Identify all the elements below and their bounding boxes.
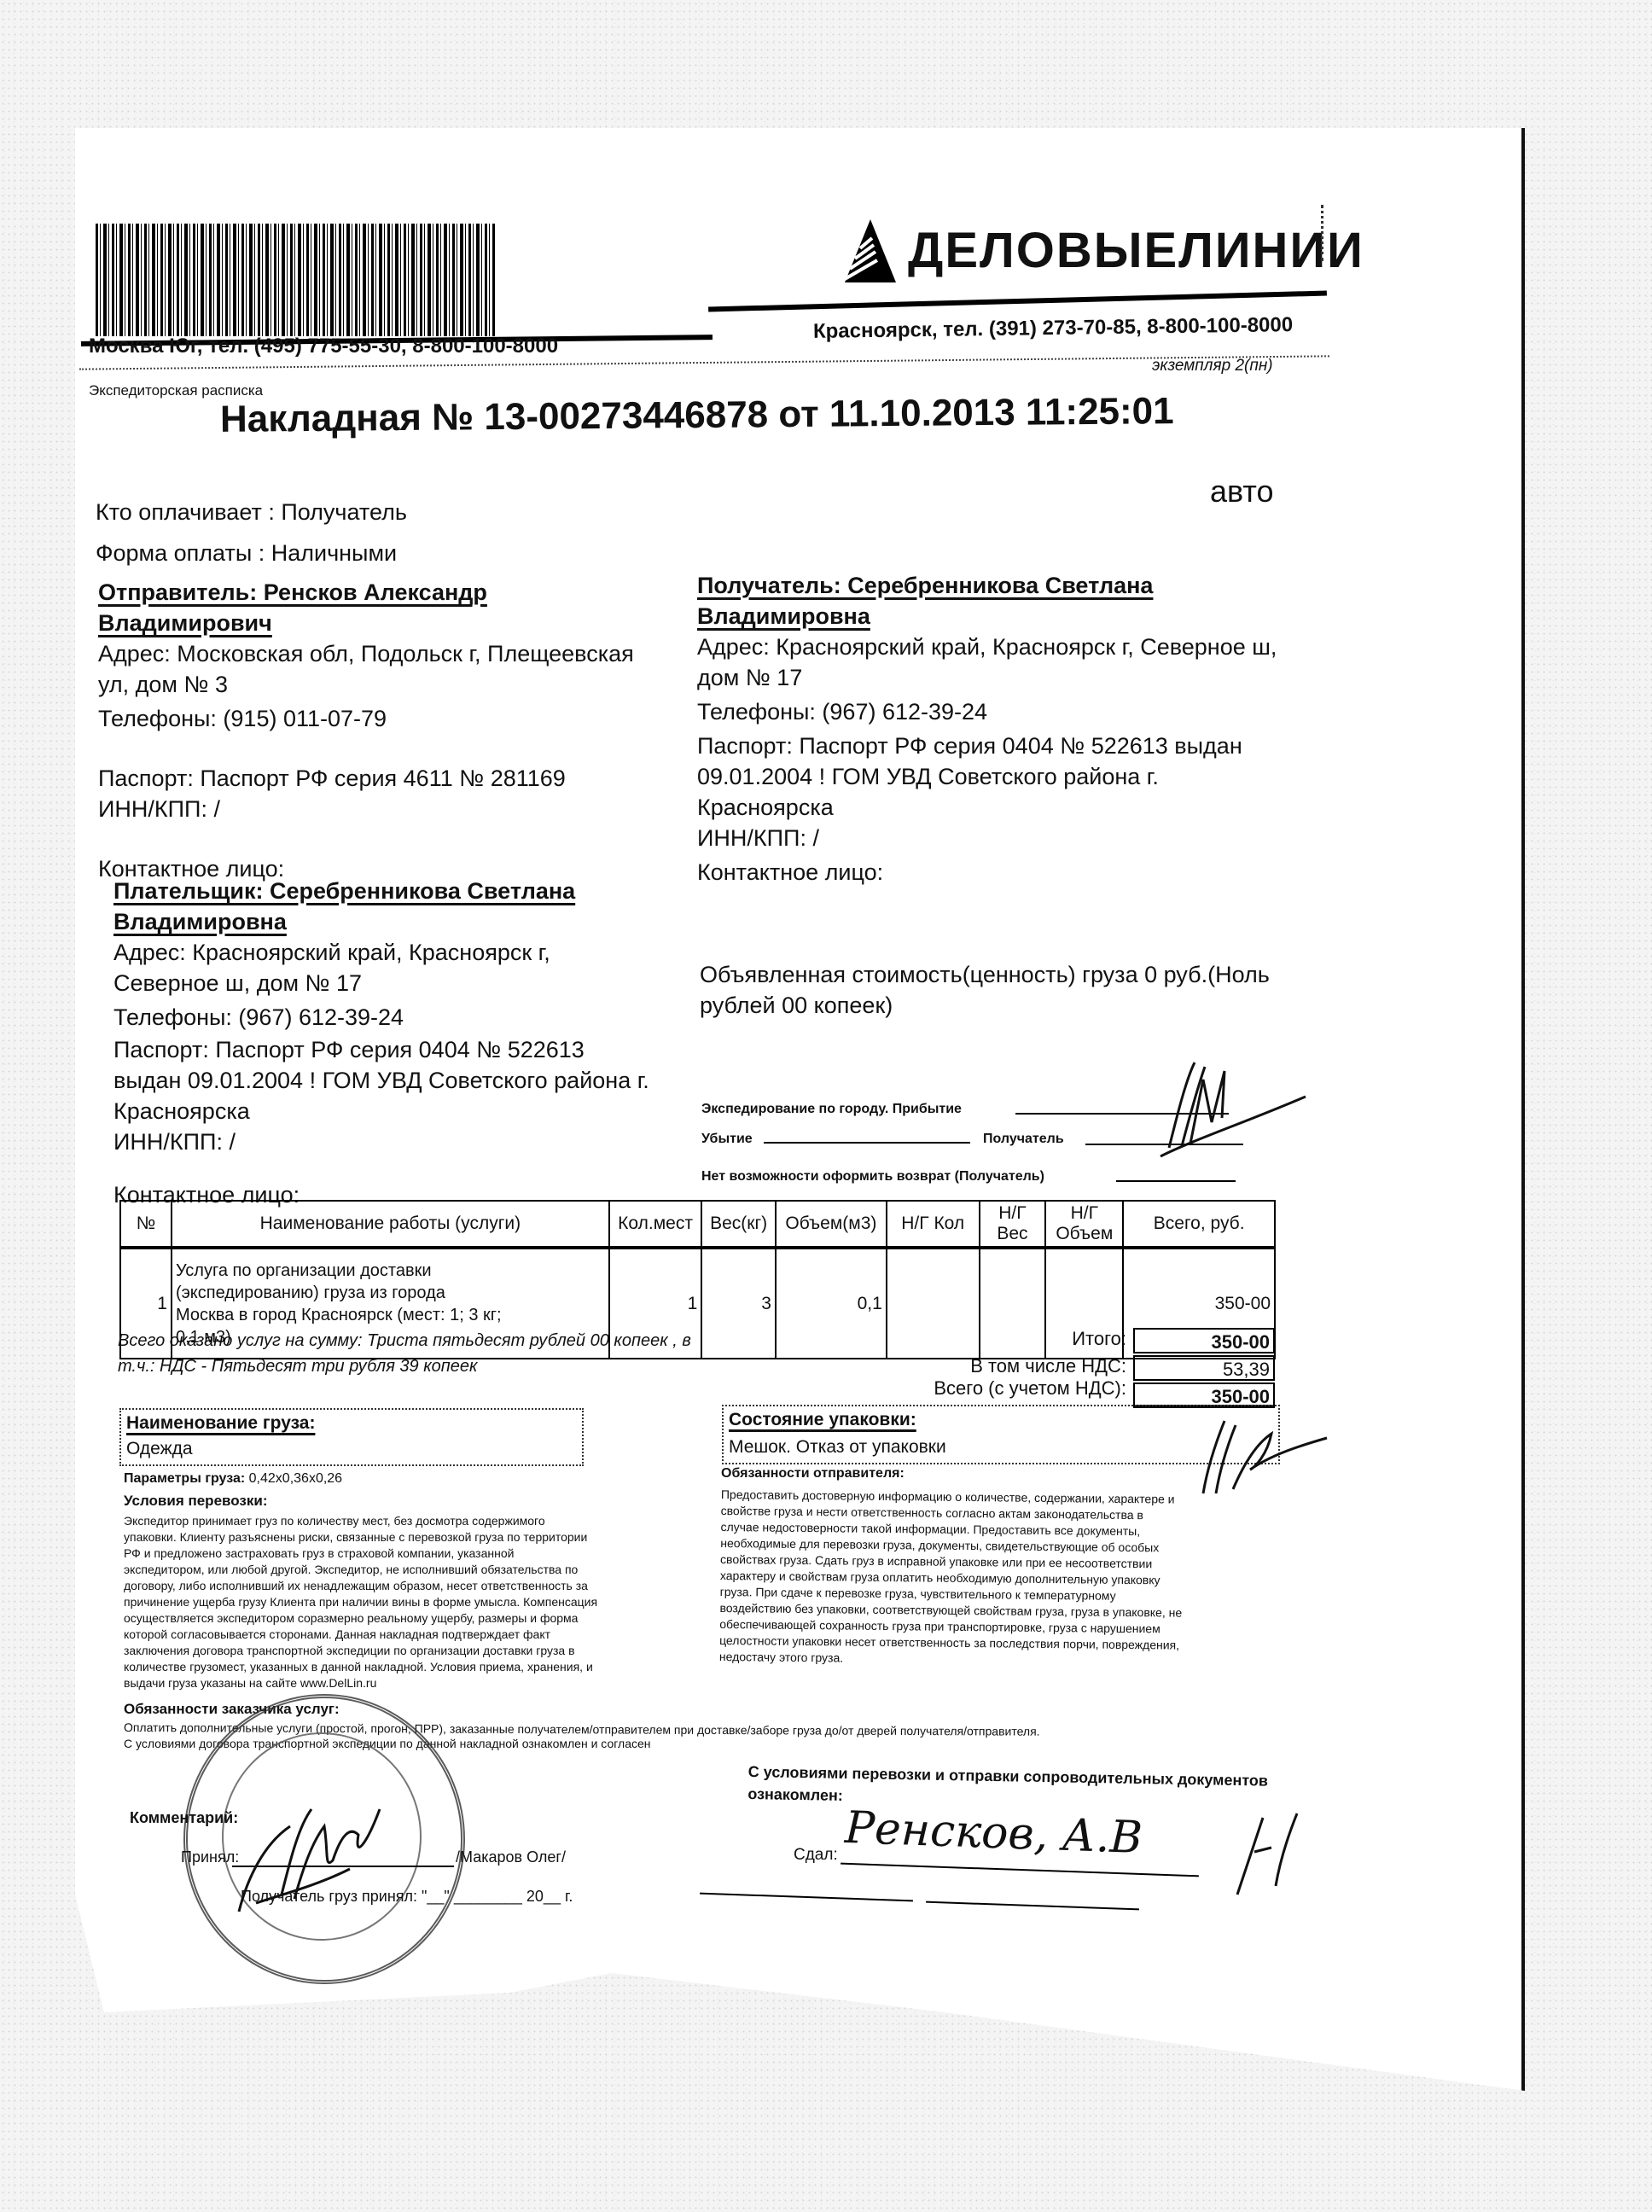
sum-in-words: Всего оказано услуг на сумму: Триста пят… (118, 1328, 691, 1379)
cargo-name-value: Одежда (126, 1439, 577, 1459)
sender-block: Отправитель: Ренсков Александр Владимиро… (98, 577, 678, 884)
payment-form: Форма оплаты : Наличными (96, 538, 397, 568)
cargo-params-value: 0,42x0,36x0,26 (249, 1471, 342, 1486)
declared-value: Объявленная стоимость(ценность) груза 0 … (700, 959, 1297, 1021)
recipient-block: Получатель: Серебренникова Светлана Влад… (697, 570, 1303, 888)
signature-handed-icon (1229, 1801, 1306, 1903)
payer-heading: Плательщик: Серебренникова Светлана (113, 876, 694, 906)
payer-address: Адрес: Красноярский край, Красноярск г, (113, 937, 694, 968)
handed-label: Сдал: (794, 1846, 838, 1865)
sender-address: Адрес: Московская обл, Подольск г, Плеще… (98, 638, 678, 669)
service-name-line: Услуга по организации доставки (176, 1260, 605, 1282)
signature-recipient-icon (1143, 1045, 1314, 1165)
page-title: Накладная № 13-00273446878 от 11.10.2013… (220, 390, 1174, 441)
who-pays: Кто оплачивает : Получатель (96, 497, 407, 527)
recipient-heading: Получатель: Серебренникова Светлана (697, 570, 1303, 601)
col-weight: Вес(кг) (701, 1201, 776, 1248)
text-line: упаковки. Клиенту разъяснены риски, связ… (124, 1529, 687, 1545)
recipient-inn: ИНН/КПП: / (697, 823, 1303, 853)
col-total: Всего, руб. (1123, 1201, 1275, 1248)
sender-phones: Телефоны: (915) 011-07-79 (98, 703, 678, 734)
itogo-label: Итого: (939, 1328, 1126, 1350)
text-line: договору, либо исполнивший их ненадлежащ… (124, 1578, 687, 1594)
recipient-phones: Телефоны: (967) 612-39-24 (697, 696, 1303, 727)
doc-type: Экспедиторская расписка (89, 382, 263, 399)
departure-field[interactable] (764, 1142, 970, 1144)
logo-text: ДЕЛОВЫЕЛИНИИ (908, 222, 1364, 279)
handed-name-handwritten: Ренсков, А.В (844, 1802, 1143, 1864)
recipient-passport-city: Красноярска (697, 792, 1303, 823)
text-line: заключения договора транспортной экспеди… (124, 1643, 687, 1659)
col-ng-weight: Н/Г Вес (980, 1201, 1046, 1248)
cargo-params-label: Параметры груза: (124, 1471, 245, 1486)
itogo-value: 350-00 (1133, 1328, 1275, 1353)
col-no: № (120, 1201, 172, 1248)
no-return-label: Нет возможности оформить возврат (Получа… (701, 1169, 1044, 1185)
company-logo: ДЕЛОВЫЕЛИНИИ (836, 218, 1364, 282)
logo-triangle-icon (836, 218, 896, 282)
sender-duties-text: Предоставить достоверную информацию о ко… (719, 1487, 1284, 1671)
payer-block: Плательщик: Серебренникова Светлана Влад… (113, 876, 694, 1210)
payer-phones: Телефоны: (967) 612-39-24 (113, 1002, 694, 1033)
payer-inn: ИНН/КПП: / (113, 1126, 694, 1157)
cargo-name-label: Наименование груза: (126, 1413, 577, 1434)
barcode (96, 224, 495, 336)
cell-weight: 3 (701, 1248, 776, 1359)
recipient-contact: Контактное лицо: (697, 857, 1303, 888)
payer-heading-cont: Владимировна (113, 906, 694, 937)
sender-duties-heading: Обязанности отправителя: (721, 1466, 905, 1481)
declared-value-line-1: Объявленная стоимость(ценность) груза 0 … (700, 959, 1297, 990)
payer-address-cont: Северное ш, дом № 17 (113, 968, 694, 998)
declared-value-line-2: рублей 00 копеек) (700, 990, 1297, 1021)
sender-heading-cont: Владимирович (98, 608, 678, 638)
col-service-name: Наименование работы (услуги) (172, 1201, 609, 1248)
service-name-line: Москва в город Красноярск (мест: 1; 3 кг… (176, 1304, 605, 1326)
recipient-passport-cont: 09.01.2004 ! ГОМ УВД Советского района г… (697, 761, 1303, 792)
text-line: Экспедитор принимает груз по количеству … (124, 1513, 687, 1529)
recipient-passport: Паспорт: Паспорт РФ серия 0404 № 522613 … (697, 731, 1303, 761)
total-vat-label: Всего (с учетом НДС): (853, 1377, 1126, 1400)
arrival-label: Экспедирование по городу. Прибытие (701, 1102, 962, 1117)
accepted-name: /Макаров Олег/ (456, 1848, 566, 1866)
conditions-text: Экспедитор принимает груз по количеству … (124, 1513, 687, 1691)
col-places: Кол.мест (609, 1201, 702, 1248)
service-name-line: (экспедированию) груза из города (176, 1282, 605, 1304)
recipient-sign-label: Получатель (983, 1132, 1064, 1147)
vat-label: В том числе НДС: (870, 1355, 1126, 1377)
cargo-params: Параметры груза: 0,42x0,36x0,26 (124, 1471, 342, 1487)
text-line: количестве грузомест, указанных в данной… (124, 1659, 687, 1675)
text-line: осуществляется экспедитором соразмерно р… (124, 1610, 687, 1627)
payer-passport-cont: выдан 09.01.2004 ! ГОМ УВД Советского ра… (113, 1065, 694, 1096)
text-line: которой согласовывается сторонами. Данна… (124, 1627, 687, 1643)
departure-label: Убытие (701, 1132, 753, 1147)
sender-heading: Отправитель: Ренсков Александр (98, 577, 678, 608)
sender-passport: Паспорт: Паспорт РФ серия 4611 № 281169 (98, 763, 678, 794)
payer-passport-city: Красноярска (113, 1096, 694, 1126)
col-ng-volume: Н/Г Объем (1045, 1201, 1123, 1248)
recipient-address: Адрес: Красноярский край, Красноярск г, … (697, 632, 1303, 662)
text-line: выдачи груза указаны на сайте www.DelLin… (124, 1675, 687, 1691)
branch-from: Москва Юг, тел. (495) 775-55-30, 8-800-1… (89, 335, 558, 358)
sum-words-line-1: Всего оказано услуг на сумму: Триста пят… (118, 1328, 691, 1353)
no-return-field[interactable] (1116, 1180, 1236, 1182)
text-line: РФ и предложено застраховать груз в стра… (124, 1545, 687, 1562)
comment-label: Комментарий: (130, 1809, 238, 1827)
sender-inn: ИНН/КПП: / (98, 794, 678, 824)
col-volume: Объем(м3) (776, 1201, 887, 1248)
copy-label: экземпляр 2(пн) (1152, 357, 1273, 375)
payer-passport: Паспорт: Паспорт РФ серия 0404 № 522613 (113, 1034, 694, 1065)
text-line: причинение ущерба грузу Клиента при нали… (124, 1594, 687, 1610)
conditions-heading: Условия перевозки: (124, 1493, 267, 1510)
col-ng-qty: Н/Г Кол (887, 1201, 980, 1248)
text-line: экспедитором, или любой другой. Экспедит… (124, 1562, 687, 1578)
transport-type: авто (1210, 474, 1273, 509)
acknowledge-text: С условиями перевозки и отправки сопрово… (747, 1761, 1268, 1814)
sender-address-cont: ул, дом № 3 (98, 669, 678, 700)
cell-volume: 0,1 (776, 1248, 887, 1359)
recipient-address-cont: дом № 17 (697, 662, 1303, 693)
cut-mark (1321, 205, 1323, 261)
recipient-heading-cont: Владимировна (697, 601, 1303, 632)
cargo-name-box: Наименование груза: Одежда (119, 1408, 584, 1466)
vat-value: 53,39 (1133, 1355, 1275, 1381)
recipient-received: Получатель груз принял: "__" ________ 20… (241, 1888, 573, 1906)
signature-packaging-icon (1186, 1408, 1331, 1502)
sum-words-line-2: т.ч.: НДС - Пятьдесят три рубля 39 копее… (118, 1353, 691, 1379)
